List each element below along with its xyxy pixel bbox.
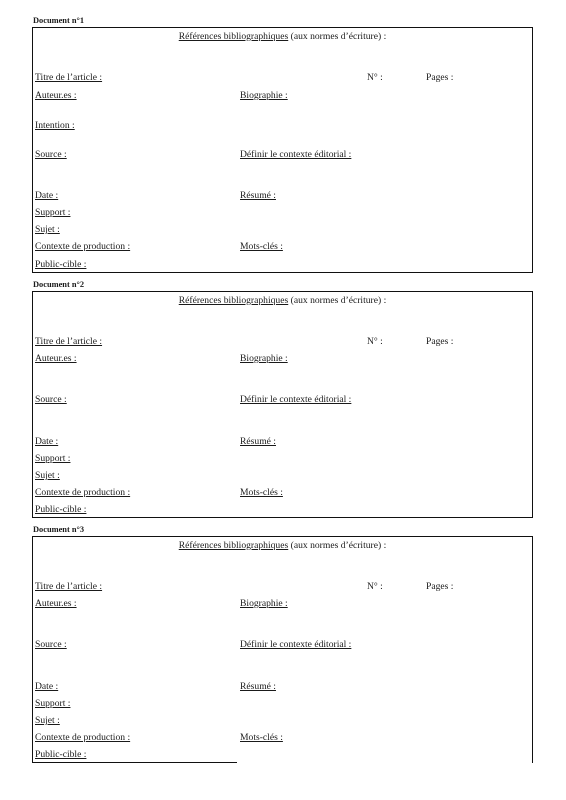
field-source[interactable]: Source : bbox=[35, 639, 67, 650]
field-resume[interactable]: Résumé : bbox=[240, 436, 276, 447]
field-public-cible[interactable]: Public-cible : bbox=[35, 504, 86, 515]
field-biographie[interactable]: Biographie : bbox=[240, 90, 288, 101]
field-auteurs[interactable]: Auteur.es : bbox=[35, 598, 77, 609]
field-sujet[interactable]: Sujet : bbox=[35, 470, 60, 481]
references-note: (aux normes d’écriture) : bbox=[288, 31, 386, 42]
references-title: Références bibliographiques bbox=[179, 295, 289, 306]
field-public-cible[interactable]: Public-cible : bbox=[35, 749, 86, 760]
document-1-form: Références bibliographiques (aux normes … bbox=[32, 27, 533, 273]
field-mots-cles[interactable]: Mots-clés : bbox=[240, 487, 283, 498]
field-contexte-editorial[interactable]: Définir le contexte éditorial : bbox=[240, 394, 351, 405]
field-sujet[interactable]: Sujet : bbox=[35, 715, 60, 726]
field-source[interactable]: Source : bbox=[35, 149, 67, 160]
field-resume[interactable]: Résumé : bbox=[240, 681, 276, 692]
document-3-form: Références bibliographiques (aux normes … bbox=[32, 536, 533, 763]
field-contexte-production[interactable]: Contexte de production : bbox=[35, 241, 130, 252]
field-date[interactable]: Date : bbox=[35, 436, 58, 447]
field-support[interactable]: Support : bbox=[35, 698, 70, 709]
field-contexte-production[interactable]: Contexte de production : bbox=[35, 732, 130, 743]
field-support[interactable]: Support : bbox=[35, 453, 70, 464]
field-date[interactable]: Date : bbox=[35, 681, 58, 692]
field-mots-cles[interactable]: Mots-clés : bbox=[240, 732, 283, 743]
document-2-form: Références bibliographiques (aux normes … bbox=[32, 291, 533, 518]
references-title: Références bibliographiques bbox=[179, 540, 289, 551]
field-pages[interactable]: Pages : bbox=[426, 581, 453, 592]
document-1-label: Document n°1 bbox=[33, 16, 84, 26]
field-numero[interactable]: N° : bbox=[367, 72, 383, 83]
field-resume[interactable]: Résumé : bbox=[240, 190, 276, 201]
field-mots-cles[interactable]: Mots-clés : bbox=[240, 241, 283, 252]
field-support[interactable]: Support : bbox=[35, 207, 70, 218]
field-titre[interactable]: Titre de l’article : bbox=[35, 581, 102, 592]
field-titre[interactable]: Titre de l’article : bbox=[35, 336, 102, 347]
field-biographie[interactable]: Biographie : bbox=[240, 353, 288, 364]
document-3-label: Document n°3 bbox=[33, 525, 84, 535]
references-heading: Références bibliographiques (aux normes … bbox=[33, 31, 532, 42]
field-contexte-editorial[interactable]: Définir le contexte éditorial : bbox=[240, 149, 351, 160]
field-biographie[interactable]: Biographie : bbox=[240, 598, 288, 609]
field-pages[interactable]: Pages : bbox=[426, 336, 453, 347]
field-contexte-production[interactable]: Contexte de production : bbox=[35, 487, 130, 498]
field-pages[interactable]: Pages : bbox=[426, 72, 453, 83]
field-contexte-editorial[interactable]: Définir le contexte éditorial : bbox=[240, 639, 351, 650]
references-heading: Références bibliographiques (aux normes … bbox=[33, 540, 532, 551]
field-numero[interactable]: N° : bbox=[367, 581, 383, 592]
field-auteurs[interactable]: Auteur.es : bbox=[35, 353, 77, 364]
references-note: (aux normes d’écriture) : bbox=[288, 295, 386, 306]
field-source[interactable]: Source : bbox=[35, 394, 67, 405]
document-3-bottom-border bbox=[32, 762, 237, 763]
field-titre[interactable]: Titre de l’article : bbox=[35, 72, 102, 83]
document-2-label: Document n°2 bbox=[33, 280, 84, 290]
references-note: (aux normes d’écriture) : bbox=[288, 540, 386, 551]
field-date[interactable]: Date : bbox=[35, 190, 58, 201]
field-public-cible[interactable]: Public-cible : bbox=[35, 259, 86, 270]
field-sujet[interactable]: Sujet : bbox=[35, 224, 60, 235]
field-numero[interactable]: N° : bbox=[367, 336, 383, 347]
field-intention[interactable]: Intention : bbox=[35, 120, 75, 131]
references-heading: Références bibliographiques (aux normes … bbox=[33, 295, 532, 306]
field-auteurs[interactable]: Auteur.es : bbox=[35, 90, 77, 101]
references-title: Références bibliographiques bbox=[179, 31, 289, 42]
